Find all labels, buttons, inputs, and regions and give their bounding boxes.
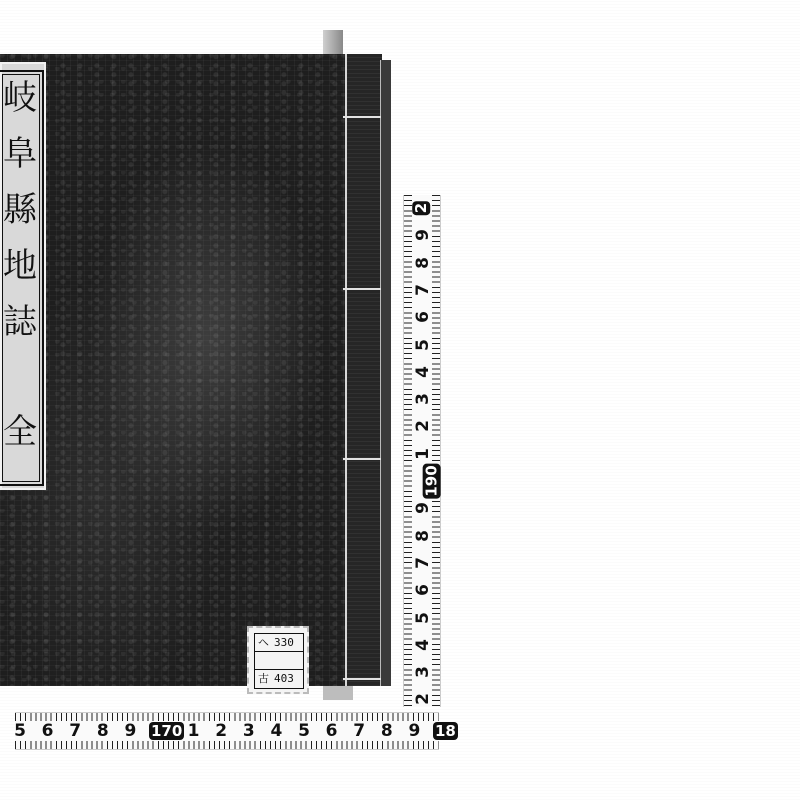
binding-thread [343, 116, 381, 118]
ruler-label: 5 [295, 722, 313, 740]
ruler-label: 2 [212, 722, 230, 740]
ruler-label: 7 [350, 722, 368, 740]
ruler-label: 170 [149, 722, 184, 740]
ruler-label: 4 [414, 636, 432, 654]
ruler-ticks [15, 741, 439, 749]
ruler-label: 9 [414, 499, 432, 517]
ruler-label: 9 [414, 226, 432, 244]
ruler-label: 3 [240, 722, 258, 740]
ruler-label: 7 [414, 554, 432, 572]
ruler-label: 2 [414, 417, 432, 435]
call-class: 古 [258, 670, 269, 687]
horizontal-ruler: 5678917012345678918 [15, 712, 439, 750]
title-char: 縣 [0, 190, 40, 230]
ruler-label: 1 [414, 445, 432, 463]
ruler-label: 4 [267, 722, 285, 740]
ruler-label: 2 [414, 690, 432, 708]
binding-thread [343, 458, 381, 460]
call-number: 330 [274, 634, 294, 651]
ruler-label: 8 [414, 527, 432, 545]
book-spine [345, 54, 382, 686]
title-slip: 岐 阜 縣 地 誌 全 [0, 62, 46, 490]
ruler-ticks [15, 713, 439, 721]
ruler-label: 7 [414, 281, 432, 299]
book: 岐 阜 縣 地 誌 全 ヘ 330 古 403 [0, 54, 390, 690]
bookmark-tab-bottom [323, 686, 353, 700]
ruler-label: 3 [414, 390, 432, 408]
title-char: 地 [0, 246, 40, 286]
ruler-label: 4 [414, 363, 432, 381]
book-page-edge [380, 60, 391, 686]
vertical-ruler: 298765432119098765432 [403, 195, 441, 707]
ruler-ticks [432, 195, 440, 707]
ruler-label: 8 [414, 254, 432, 272]
ruler-label: 9 [405, 722, 423, 740]
call-row: ヘ 330 [255, 634, 303, 652]
title-slip-border: 岐 阜 縣 地 誌 全 [0, 70, 44, 486]
binding-thread [343, 678, 381, 680]
ruler-label: 2 [412, 201, 430, 215]
ruler-label: 6 [414, 308, 432, 326]
ruler-label: 6 [414, 581, 432, 599]
ruler-ticks [404, 195, 412, 707]
call-number-label: ヘ 330 古 403 [247, 626, 309, 694]
ruler-label: 6 [39, 722, 57, 740]
call-row [255, 652, 303, 670]
ruler-label: 6 [323, 722, 341, 740]
call-row: 古 403 [255, 670, 303, 688]
title-char: 誌 [0, 302, 40, 342]
ruler-label: 5 [11, 722, 29, 740]
ruler-label: 8 [378, 722, 396, 740]
title-char: 岐 [0, 78, 40, 118]
book-cover [0, 54, 345, 686]
ruler-label: 190 [423, 463, 441, 498]
ruler-label: 7 [66, 722, 84, 740]
ruler-label: 5 [414, 336, 432, 354]
title-char: 阜 [0, 134, 40, 174]
call-class: ヘ [258, 634, 269, 651]
ruler-label: 18 [433, 722, 458, 740]
bookmark-tab-top [323, 30, 343, 56]
ruler-label: 1 [185, 722, 203, 740]
ruler-label: 3 [414, 663, 432, 681]
binding-thread [343, 288, 381, 290]
call-number-box: ヘ 330 古 403 [254, 633, 304, 689]
call-number: 403 [274, 670, 294, 687]
ruler-label: 8 [94, 722, 112, 740]
title-char: 全 [0, 412, 40, 452]
ruler-label: 5 [414, 609, 432, 627]
ruler-label: 9 [121, 722, 139, 740]
